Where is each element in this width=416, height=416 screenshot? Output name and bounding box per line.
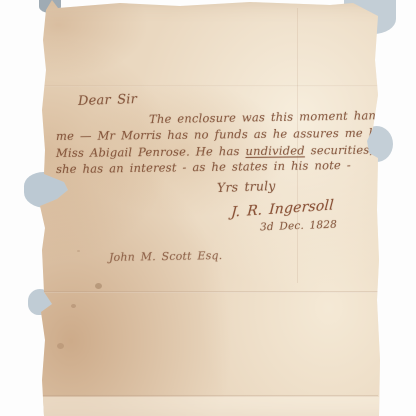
underlined-word: undivided bbox=[245, 143, 305, 158]
body-line-3-post: securities, in which bbox=[305, 142, 416, 157]
date-line: 3d Dec. 1828 bbox=[260, 219, 337, 234]
letter-photo: Dear Sir The enclosure was this moment h… bbox=[0, 0, 416, 416]
letter-paper: Dear Sir The enclosure was this moment h… bbox=[0, 0, 416, 416]
fold-crease-upper bbox=[42, 85, 378, 87]
body-line-3: Miss Abigail Penrose. He has undivided s… bbox=[56, 142, 416, 160]
body-line-3-pre: Miss Abigail Penrose. He has bbox=[56, 144, 246, 160]
body-line-4: she has an interest - as he states in hi… bbox=[56, 158, 351, 176]
foxing-spots bbox=[95, 283, 102, 289]
fold-crease-middle bbox=[42, 291, 378, 293]
addressee: John M. Scott Esq. bbox=[109, 249, 223, 264]
signature: J. R. Ingersoll bbox=[231, 197, 335, 220]
body-line-2: me — Mr Morris has no funds as he assure… bbox=[56, 125, 416, 143]
salutation: Dear Sir bbox=[78, 92, 138, 109]
body-line-1: The enclosure was this moment handed bbox=[149, 108, 398, 126]
closing: Yrs truly bbox=[217, 178, 276, 195]
fold-band-bottom bbox=[42, 397, 379, 416]
